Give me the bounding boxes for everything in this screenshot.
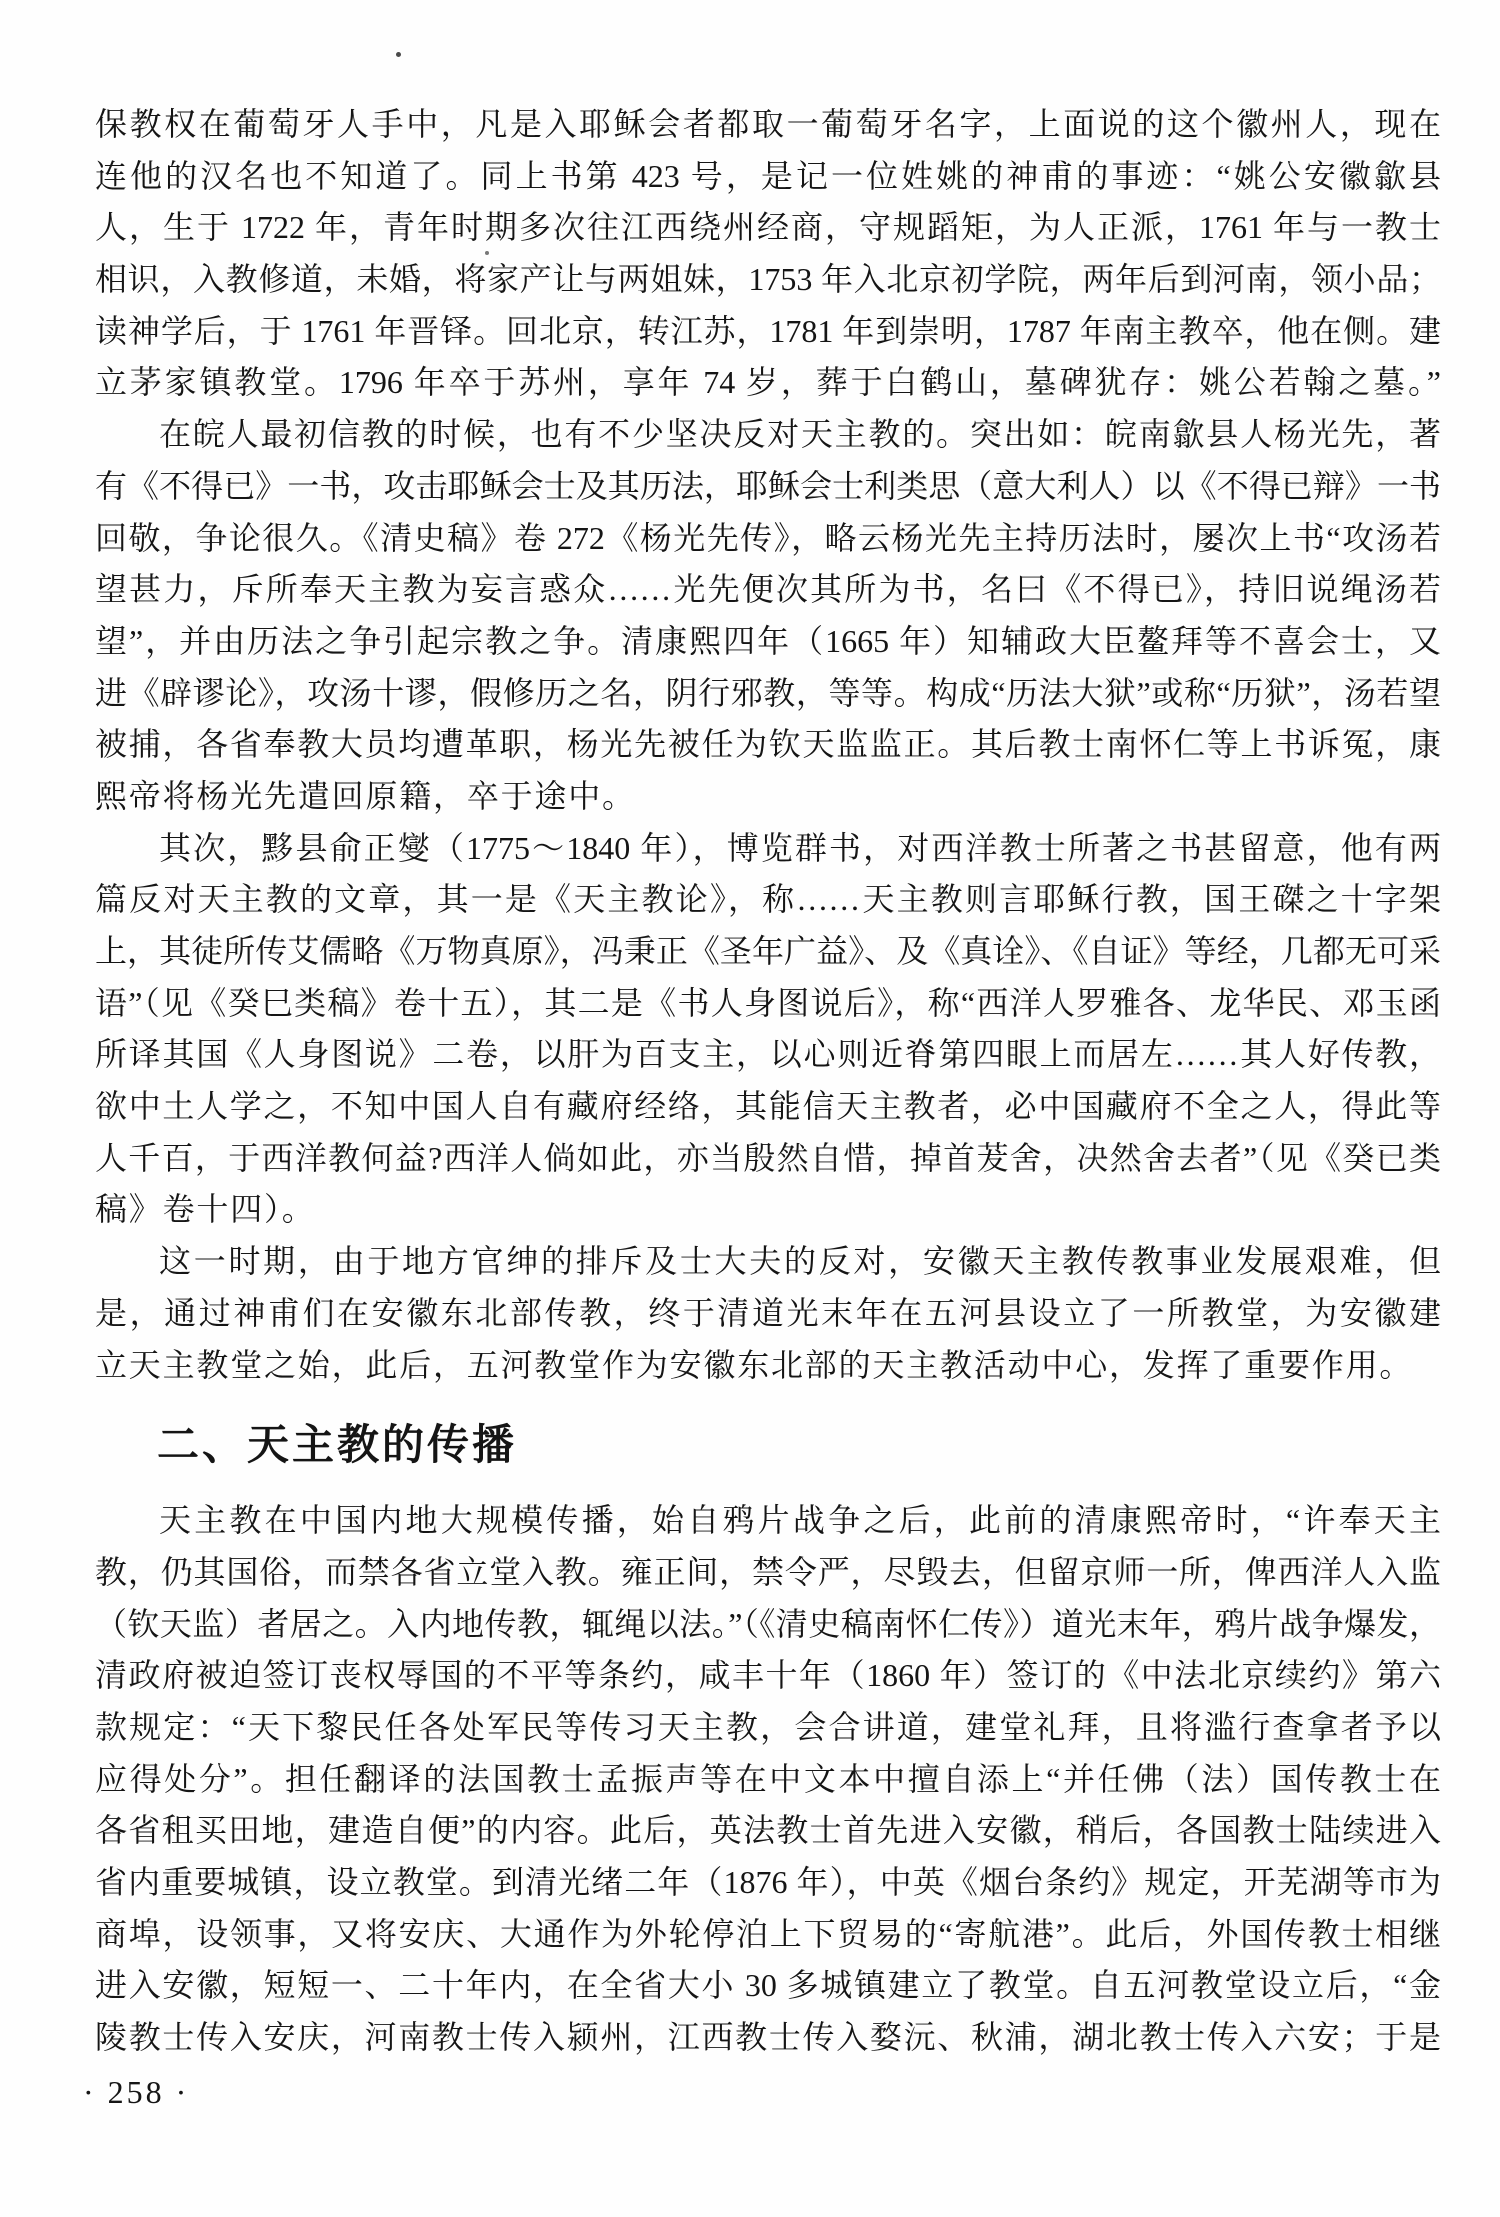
text-line: 进入安徽，短短一、二十年内，在全省大小 30 多城镇建立了教堂。自五河教堂设立后… [95, 1960, 1441, 2012]
text-line: 教，仍其国俗，而禁各省立堂入教。雍正间，禁令严，尽毁去，但留京师一所，俾西洋人入… [95, 1547, 1441, 1599]
section-heading: 二、天主教的传播 [157, 1415, 1441, 1475]
text-line: 这一时期，由于地方官绅的排斥及士大夫的反对，安徽天主教传教事业发展艰难，但 [95, 1236, 1441, 1288]
text-line: 应得处分”。担任翻译的法国教士孟振声等在中文本中擅自添上“并任佛（法）国传教士在 [95, 1754, 1441, 1806]
text-line: 望甚力，斥所奉天主教为妄言惑众……光先便次其所为书，名曰《不得已》，持旧说绳汤若 [95, 564, 1441, 616]
scanned-book-page: 保教权在葡萄牙人手中，凡是入耶稣会者都取一葡萄牙名字，上面说的这个徽州人，现在连… [0, 0, 1500, 2217]
text-line: （钦天监）者居之。入内地传教，辄绳以法。”（《清史稿南怀仁传》）道光末年，鸦片战… [95, 1599, 1441, 1651]
text-line: 是，通过神甫们在安徽东北部传教，终于清道光末年在五河县设立了一所教堂，为安徽建 [95, 1288, 1441, 1340]
text-block: 保教权在葡萄牙人手中，凡是入耶稣会者都取一葡萄牙名字，上面说的这个徽州人，现在连… [95, 99, 1441, 2112]
text-line: 熙帝将杨光先遣回原籍，卒于途中。 [95, 771, 1441, 823]
text-line: 稿》卷十四）。 [95, 1184, 1441, 1236]
text-line: 立茅家镇教堂。1796 年卒于苏州，享年 74 岁，葬于白鹤山，墓碑犹存：姚公若… [95, 357, 1441, 409]
text-line: 天主教在中国内地大规模传播，始自鸦片战争之后，此前的清康熙帝时，“许奉天主 [95, 1495, 1441, 1547]
text-line: 回敬，争论很久。《清史稿》卷 272《杨光先传》，略云杨光先主持历法时，屡次上书… [95, 513, 1441, 565]
text-line: 上，其徒所传艾儒略《万物真原》，冯秉正《圣年广益》、及《真诠》、《自证》等经，几… [95, 926, 1441, 978]
text-line: 各省租买田地，建造自便”的内容。此后，英法教士首先进入安徽，稍后，各国教士陆续进… [95, 1805, 1441, 1857]
text-line: 读神学后，于 1761 年晋铎。回北京，转江苏，1781 年到崇明，1787 年… [95, 306, 1441, 358]
text-line: 望”，并由历法之争引起宗教之争。清康熙四年（1665 年）知辅政大臣鳌拜等不喜会… [95, 616, 1441, 668]
text-line: 被捕，各省奉教大员均遭革职，杨光先被任为钦天监监正。其后教士南怀仁等上书诉冤，康 [95, 719, 1441, 771]
text-line: 人，生于 1722 年，青年时期多次往江西绕州经商，守规蹈矩，为人正派，1761… [95, 202, 1441, 254]
text-line: 款规定：“天下黎民任各处军民等传习天主教，会合讲道，建堂礼拜，且将滥行查拿者予以 [95, 1702, 1441, 1754]
text-line: 相识，入教修道，未婚，将家产让与两姐妹，1753 年入北京初学院，两年后到河南，… [95, 254, 1441, 306]
text-line: 人千百，于西洋教何益?西洋人倘如此，亦当殷然自惜，掉首茇舍，决然舍去者”（见《癸… [95, 1133, 1441, 1185]
text-line: 有《不得已》一书，攻击耶稣会士及其历法，耶稣会士利类思（意大利人）以《不得已辩》… [95, 461, 1441, 513]
text-line: 省内重要城镇，设立教堂。到清光绪二年（1876 年），中英《烟台条约》规定，开芜… [95, 1857, 1441, 1909]
text-line: 篇反对天主教的文章，其一是《天主教论》，称……天主教则言耶稣行教，国王磔之十字架 [95, 874, 1441, 926]
text-line: 其次，黟县俞正燮（1775～1840 年），博览群书，对西洋教士所著之书甚留意，… [95, 823, 1441, 875]
scan-artifact [396, 52, 401, 57]
text-line: 商埠，设领事，又将安庆、大通作为外轮停泊上下贸易的“寄航港”。此后，外国传教士相… [95, 1909, 1441, 1961]
text-line: 欲中土人学之，不知中国人自有藏府经络，其能信天主教者，必中国藏府不全之人，得此等 [95, 1081, 1441, 1133]
text-line: 语”（见《癸巳类稿》卷十五），其二是《书人身图说后》，称“西洋人罗雅各、龙华民、… [95, 978, 1441, 1030]
text-line: 进《辟谬论》，攻汤十谬，假修历之名，阴行邪教，等等。构成“历法大狱”或称“历狱”… [95, 668, 1441, 720]
text-line: 陵教士传入安庆，河南教士传入颍州，江西教士传入婺沅、秋浦，湖北教士传入六安；于是 [95, 2012, 1441, 2064]
text-line: 在皖人最初信教的时候，也有不少坚决反对天主教的。突出如：皖南歙县人杨光先，著 [95, 409, 1441, 461]
page-number: · 258 · [83, 2072, 1441, 2112]
text-line: 连他的汉名也不知道了。同上书第 423 号，是记一位姓姚的神甫的事迹：“姚公安徽… [95, 151, 1441, 203]
text-line: 立天主教堂之始，此后，五河教堂作为安徽东北部的天主教活动中心，发挥了重要作用。 [95, 1340, 1441, 1392]
text-line: 清政府被迫签订丧权辱国的不平等条约，咸丰十年（1860 年）签订的《中法北京续约… [95, 1650, 1441, 1702]
text-line: 保教权在葡萄牙人手中，凡是入耶稣会者都取一葡萄牙名字，上面说的这个徽州人，现在 [95, 99, 1441, 151]
text-line: 所译其国《人身图说》二卷，以肝为百支主，以心则近脊第四眼上而居左……其人好传教， [95, 1029, 1441, 1081]
